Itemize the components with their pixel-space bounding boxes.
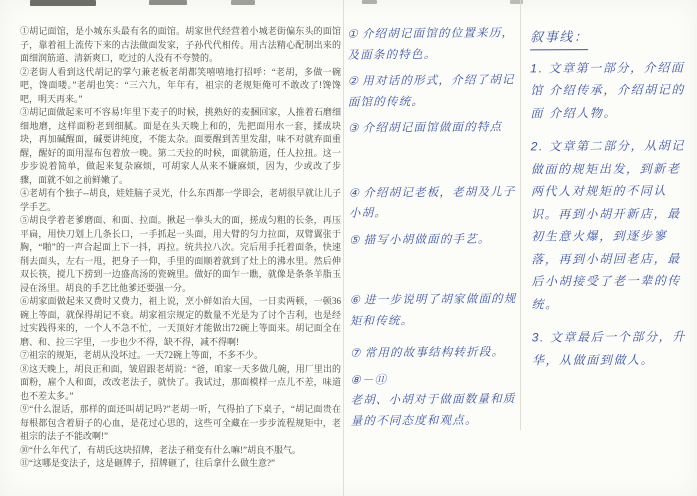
passage-paragraph: ⑧这天晚上，胡良正和面，皱眉跟老胡说：“爸，咱家一天多做几碗，用厂里出的面粉，雇… xyxy=(20,363,341,404)
note-marker: ⑧－⑪ xyxy=(350,369,518,391)
printed-passage-column: ①胡记面馆，是小城东头最有名的面馆。胡家世代经营着小城老街偏东头的面馆子，靠着祖… xyxy=(20,25,341,471)
note-item: ④介绍胡记老板，老胡及儿子小胡。 xyxy=(349,182,517,224)
outline-item-number: 1. xyxy=(530,61,543,75)
handwritten-outline-column: 叙事线： 1. 文章第一部分，介绍面馆 介绍传承，介绍胡记的面 介绍人物。 2.… xyxy=(530,26,694,383)
passage-paragraph: ⑨“什么混话，那样的面还叫胡记吗?”老胡一听，气得拍了下桌子，“胡记面贵在每根都… xyxy=(20,403,341,444)
scan-smudge xyxy=(231,0,255,5)
outline-item-text: 文章第二部分，从胡记做面的规矩出发，到新老两代人对规矩的不同认识。再到小胡开新店… xyxy=(531,139,685,311)
note-text: 用对话的形式，介绍了胡记面馆的传统。 xyxy=(348,74,515,108)
outline-item-text: 文章最后一个部分，升华，从做面到做人。 xyxy=(532,330,686,367)
note-marker: ① xyxy=(347,29,359,41)
note-marker: ⑦ xyxy=(350,348,362,360)
outline-title: 叙事线： xyxy=(530,26,589,50)
passage-paragraph: ⑥胡家面做起来又费时又费力，祖上说，烹小鲜如治大国，一日卖两顿，一顿36碗上等面… xyxy=(20,295,341,349)
outline-item: 3. 文章最后一个部分，升华，从做面到做人。 xyxy=(532,326,694,372)
passage-paragraph: ①胡记面馆，是小城东头最有名的面馆。胡家世代经营着小城老街偏东头的面馆子，靠着祖… xyxy=(20,25,341,66)
note-item: ①介绍胡记面馆的位置来历，及面条的特色。 xyxy=(347,23,515,65)
scan-smudge xyxy=(149,0,187,5)
scan-smudge xyxy=(362,0,377,4)
note-text: 老胡、小胡对于做面数量和质量的不同态度和观点。 xyxy=(350,393,515,427)
outline-item-number: 2. xyxy=(531,139,544,153)
note-text: 介绍胡记面馆做面的特点 xyxy=(363,121,503,134)
note-item: ⑥进一步说明了胡家做面的规矩和传统。 xyxy=(350,289,518,331)
outline-item: 2. 文章第二部分，从胡记做面的规矩出发，到新老两代人对规矩的不同认识。再到小胡… xyxy=(531,135,694,316)
note-text: 介绍胡记面馆的位置来历，及面条的特色。 xyxy=(347,27,514,61)
note-item: ⑧－⑪老胡、小胡对于做面数量和质量的不同态度和观点。 xyxy=(350,369,519,432)
note-marker: ⑥ xyxy=(350,295,362,307)
note-text: 描写小胡做面的手艺。 xyxy=(364,233,491,246)
passage-paragraph: ②老街人看到这代胡记的掌勺兼老板老胡都笑嘻嘻地打招呼：“老胡，多做一碗吧，馋面喽… xyxy=(20,66,341,107)
scan-smudge xyxy=(510,0,523,4)
note-text: 进一步说明了胡家做面的规矩和传统。 xyxy=(350,293,517,327)
outline-item: 1. 文章第一部分，介绍面馆 介绍传承，介绍胡记的面 介绍人物。 xyxy=(530,56,692,124)
passage-paragraph: ⑦祖宗的规矩，老胡从没坏过。一天72碗上等面，不多不少。 xyxy=(20,349,341,363)
note-item: ⑤描写小胡做面的手艺。 xyxy=(349,229,517,251)
outline-item-number: 3. xyxy=(532,330,545,344)
scan-smudge xyxy=(30,0,96,6)
note-item: ⑦常用的故事结构转折段。 xyxy=(350,342,518,364)
note-item: ③介绍胡记面馆做面的特点 xyxy=(348,117,516,139)
handwritten-notes-column: ①介绍胡记面馆的位置来历，及面条的特色。 ②用对话的形式，介绍了胡记面馆的传统。… xyxy=(347,23,519,437)
column-crease-divider xyxy=(520,0,521,430)
note-text: 介绍胡记老板，老胡及儿子小胡。 xyxy=(349,186,516,220)
outline-item-text: 文章第一部分，介绍面馆 介绍传承，介绍胡记的面 介绍人物。 xyxy=(530,60,685,120)
scanned-notes-page: ①胡记面馆，是小城东头最有名的面馆。胡家世代经营着小城老街偏东头的面馆子，靠着祖… xyxy=(0,0,697,496)
note-text: 常用的故事结构转折段。 xyxy=(365,346,505,359)
note-marker: ② xyxy=(348,76,360,88)
note-item: ②用对话的形式，介绍了胡记面馆的传统。 xyxy=(348,70,516,112)
passage-paragraph: ④老胡有个独子--胡良，娃娃脑子灵光，什么东西都一学即会，老胡很早就让儿子学手艺… xyxy=(20,187,341,214)
passage-paragraph: ⑪“这哪是变法子，这是砸牌子，招牌砸了，往后拿什么做生意?” xyxy=(20,457,341,471)
passage-paragraph: ⑩“什么年代了，有胡氏这块招牌，老法子稍变有什么嘛!”胡良不服气。 xyxy=(20,444,341,458)
note-marker: ④ xyxy=(349,187,361,199)
passage-paragraph: ⑤胡良学着老爹磨面、和面、拉面。揪起一拳头大的面，搓成匀粗的长条，再压平扁，用快… xyxy=(20,214,341,295)
passage-paragraph: ③胡记面做起来可不容易!年里下麦子的时候，挑熟好的麦捆回家，人推着石磨细细地磨，… xyxy=(20,106,341,187)
note-marker: ⑤ xyxy=(349,234,361,246)
note-marker: ③ xyxy=(348,123,360,135)
column-crease-divider xyxy=(343,0,344,496)
